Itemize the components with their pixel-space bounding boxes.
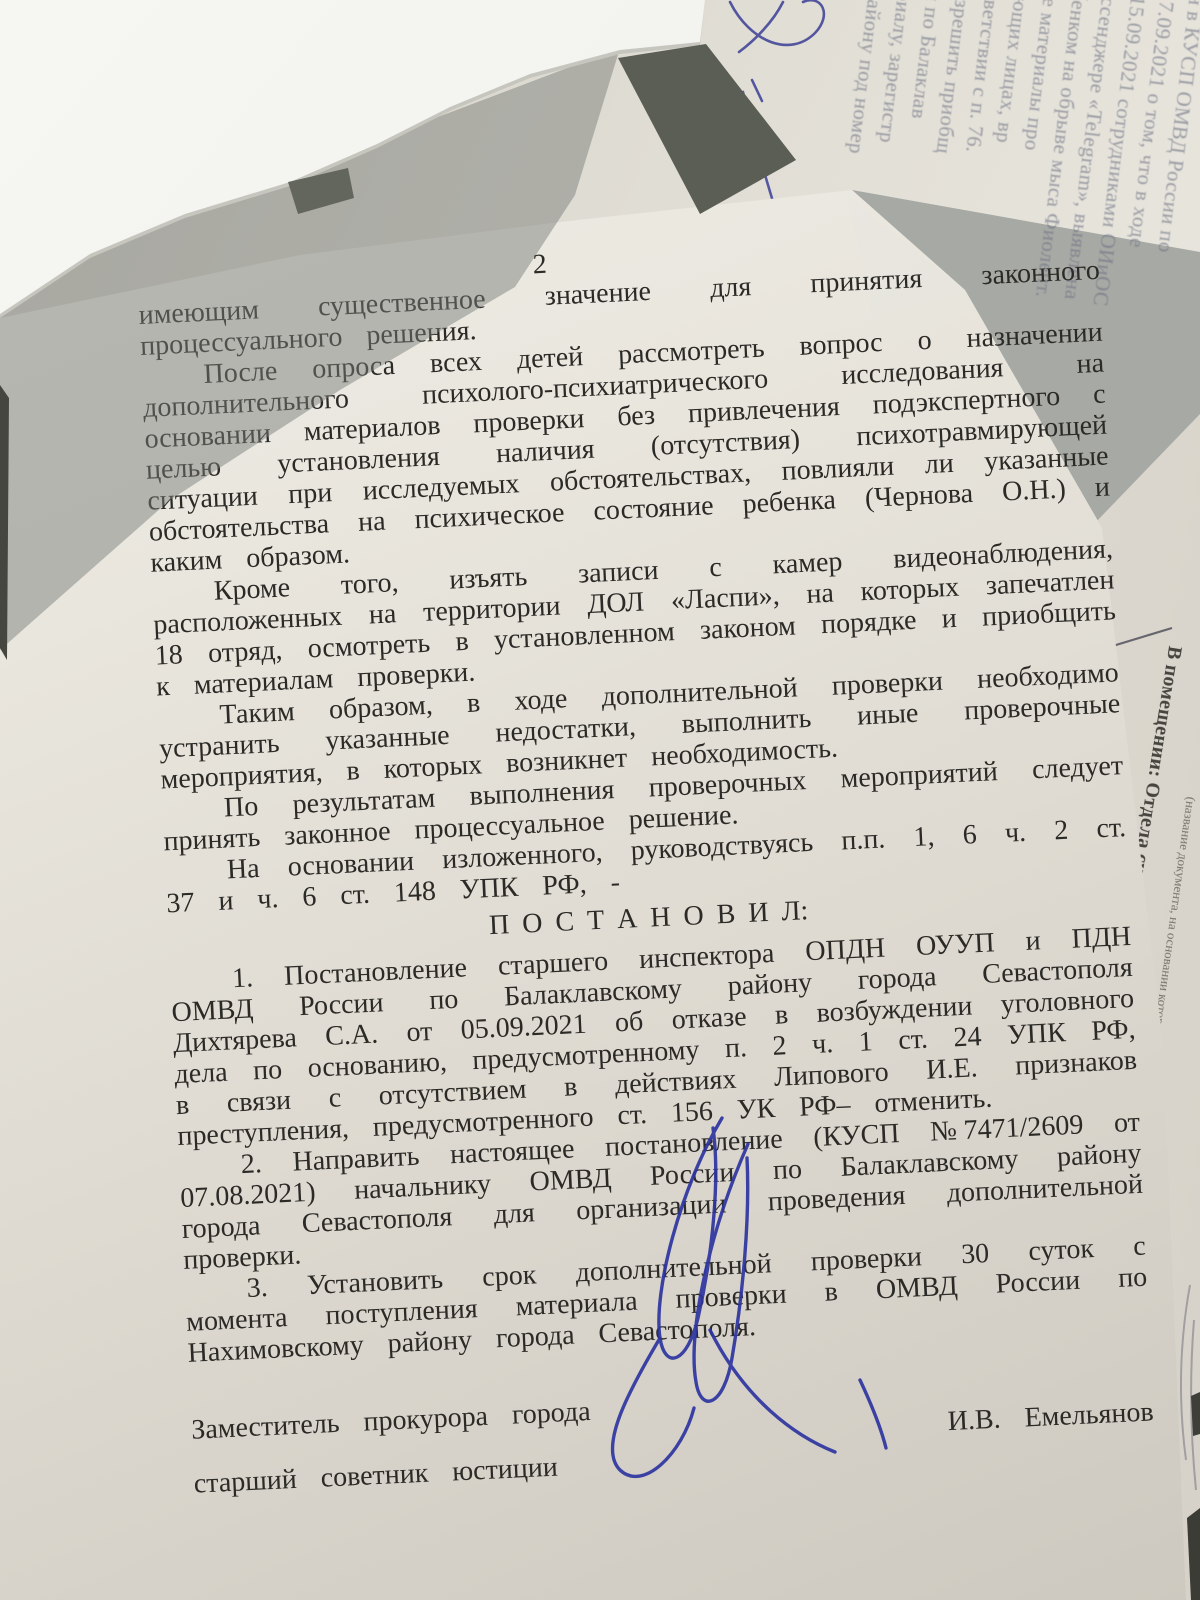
resolution-items: 1. Постановление старшего инспектора ОПД… [169,921,1149,1369]
signatory-name: И.В. Емельянов [947,1396,1154,1437]
signatory-position-line1: Заместитель прокурора города [191,1396,592,1446]
document-page: 2 имеющим существенное значение для прин… [138,255,1156,1500]
photo-of-prosecutor-resolution: ный в КУСП ОМВД России поот 17.09.2021 о… [0,0,1200,1600]
